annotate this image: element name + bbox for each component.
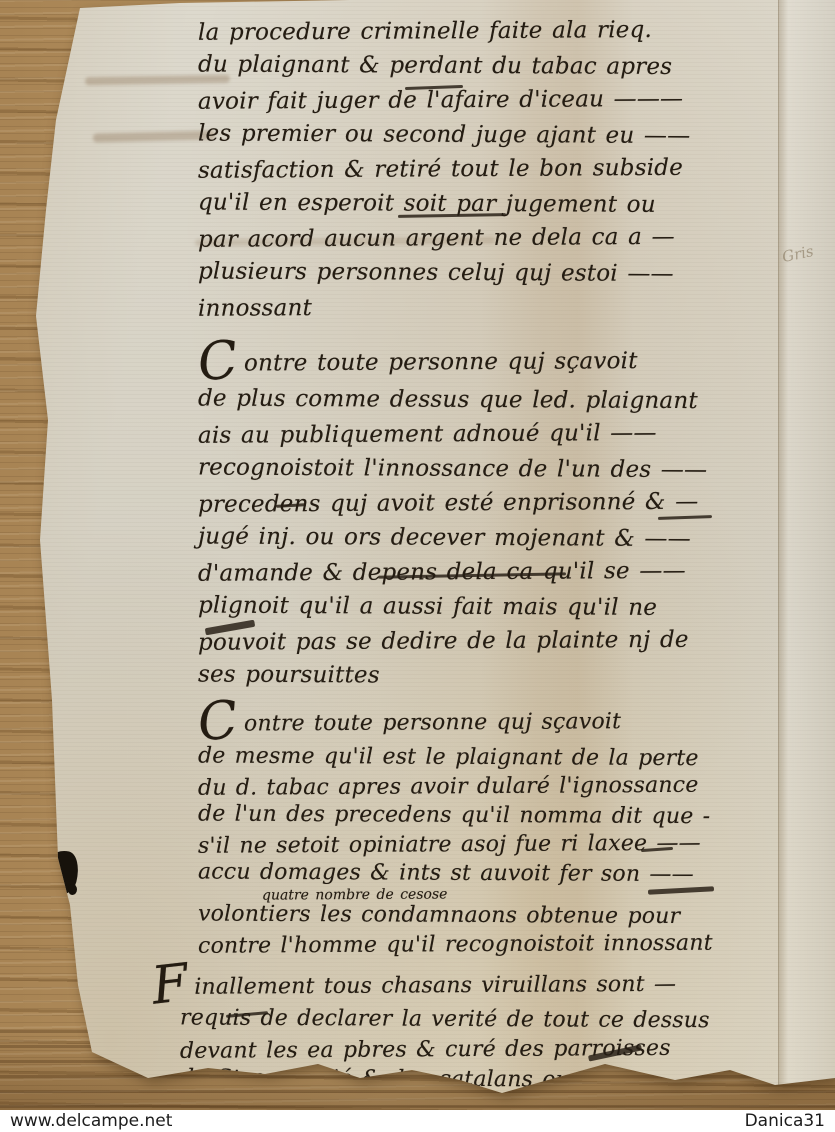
manuscript-sheet: Gris la procedure criminelle faite ala r… <box>30 0 835 1095</box>
manuscript-line: pouvoit pas se dedire de la plainte nj d… <box>198 622 783 660</box>
manuscript-line: plignoit qu'il a aussi fait mais qu'il n… <box>198 588 783 626</box>
manuscript-line: ais au publiquement adnoué qu'il —— <box>198 415 783 453</box>
manuscript-line: s'il ne setoit opiniatre asoj fue ri lax… <box>198 828 783 861</box>
manuscript-line: devant les ea pbres & curé des parroisse… <box>180 1033 783 1067</box>
manuscript-line: innossant <box>198 288 783 326</box>
manuscript-line: contre l'homme qu'il recognoistoit innos… <box>198 928 783 961</box>
manuscript-line: de St pourguié & des catalans ou aug <box>180 1063 783 1096</box>
manuscript-line: ses poursuittes <box>198 657 783 695</box>
watermark-username-text: Danica31 <box>745 1111 835 1131</box>
manuscript-text: la procedure criminelle faite ala rieq.d… <box>198 14 783 1109</box>
decorated-initial: C <box>198 719 238 723</box>
manuscript-line: du d. tabac apres avoir dularé l'ignossa… <box>198 770 783 803</box>
manuscript-line: du plaignant & perdant du tabac apres <box>198 47 783 85</box>
manuscript-paragraph: Finallement tous chasans viruillans sont… <box>180 967 783 1095</box>
manuscript-line: par acord aucun argent ne dela ca a — <box>198 219 783 257</box>
manuscript-line: jugé inj. ou ors decever mojenant & —— <box>198 519 783 557</box>
manuscript-paragraph: la procedure criminelle faite ala rieq.d… <box>198 14 783 325</box>
manuscript-line: de l'un des precedens qu'il nomma dit qu… <box>198 799 783 831</box>
manuscript-line: Contre toute personne quj sçavoit <box>198 701 783 745</box>
ink-blot <box>34 890 71 936</box>
manuscript-line: plusieurs personnes celuj quj estoi —— <box>198 254 783 292</box>
manuscript-line: satisfaction & retiré tout le bon subsid… <box>198 150 783 188</box>
manuscript-line: qu'il en esperoit soit par jugement ou <box>198 185 783 223</box>
manuscript-line: Contre toute personne quj sçavoit <box>198 339 783 385</box>
page-fold-margin <box>778 0 835 1085</box>
photo-stage: Gris la procedure criminelle faite ala r… <box>0 0 835 1132</box>
watermark-site-text: www.delcampe.net <box>0 1111 172 1131</box>
watermark-bar: www.delcampe.net Danica31 <box>0 1110 835 1132</box>
decorated-initial: C <box>198 359 238 363</box>
manuscript-line: requis de declarer la verité de tout ce … <box>180 1003 783 1036</box>
manuscript-line: accu domages & ints st auvoit fer son —— <box>198 857 783 889</box>
manuscript-line: recognoistoit l'innossance de l'un des —… <box>198 450 783 488</box>
manuscript-paragraph: Contre toute personne quj sçavoitde mesm… <box>198 703 783 959</box>
manuscript-line: la procedure criminelle faite ala rieq. <box>198 12 783 50</box>
manuscript-sheet-wrapper: Gris la procedure criminelle faite ala r… <box>30 0 835 1095</box>
manuscript-line: avoir fait juger de l'afaire d'iceau ——— <box>198 81 783 119</box>
manuscript-line: Finallement tous chasans viruillans sont… <box>180 965 783 1007</box>
ink-blot <box>68 884 77 895</box>
manuscript-line: de plus comme dessus que led. plaignant <box>198 381 783 419</box>
manuscript-line: d'amande & depens dela ca qu'il se —— <box>198 553 783 591</box>
manuscript-line: de mesme qu'il est le plaignant de la pe… <box>198 741 783 773</box>
manuscript-line: volontiers les condamnaons obtenue pour <box>198 899 783 931</box>
ink-blot <box>35 930 45 943</box>
manuscript-line: les premier ou second juge ajant eu —— <box>198 116 783 154</box>
ink-bleed-smudge <box>93 130 215 142</box>
decorated-initial: F <box>152 983 188 987</box>
